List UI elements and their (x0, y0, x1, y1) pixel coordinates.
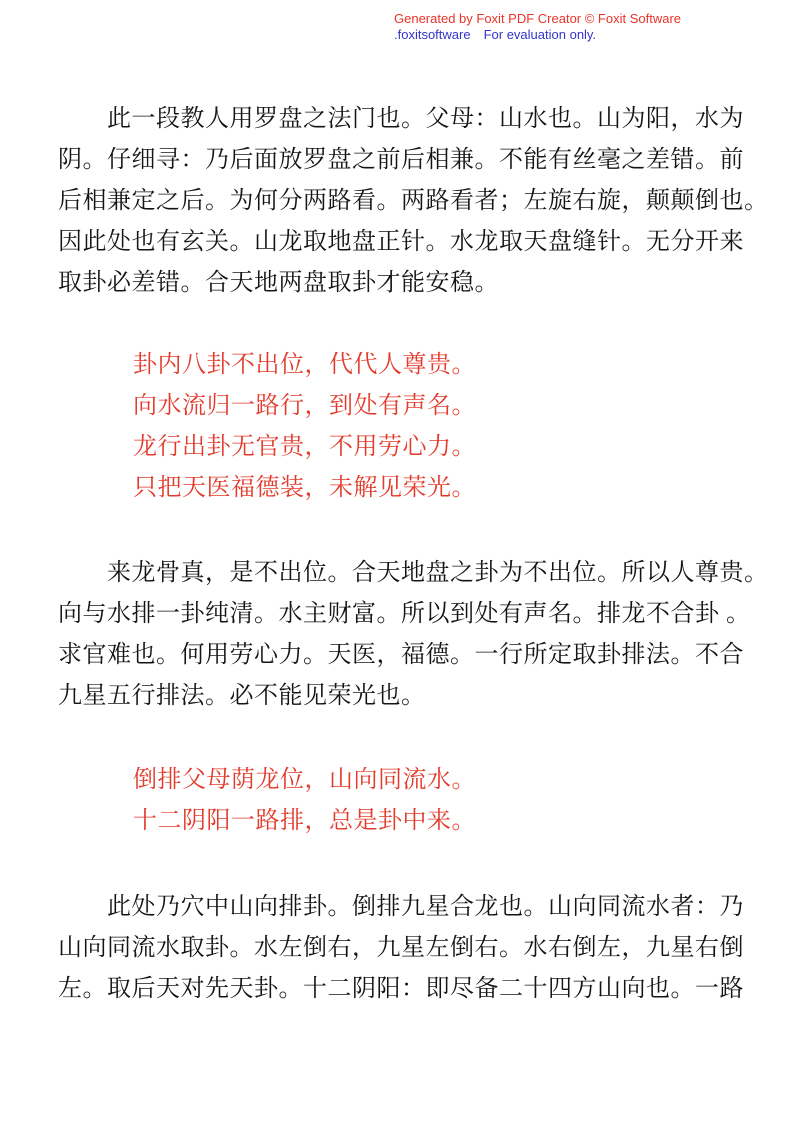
document-page: Generated by Foxit PDF Creator © Foxit S… (0, 0, 793, 1122)
paragraph-1: 此一段教人用罗盘之法门也。父母：山水也。山为阳，水为 阴。仔细寻：乃后面放罗盘之… (58, 99, 742, 304)
watermark-generated-line: Generated by Foxit PDF Creator © Foxit S… (394, 11, 681, 27)
text-line: 后相兼定之后。为何分两路看。两路看者；左旋右旋，颠颠倒也。 (58, 181, 742, 222)
verse-line: 向水流归一路行，到处有声名。 (133, 386, 553, 427)
text-line: 阴。仔细寻：乃后面放罗盘之前后相兼。不能有丝毫之差错。前 (58, 140, 742, 181)
watermark-evaluation-line: .foxitsoftwareFor evaluation only. (394, 27, 681, 43)
foxit-watermark: Generated by Foxit PDF Creator © Foxit S… (394, 11, 681, 42)
verse-line: 卦内八卦不出位，代代人尊贵。 (133, 345, 553, 386)
watermark-evaluation-text: For evaluation only. (484, 27, 597, 42)
text-line: 此一段教人用罗盘之法门也。父母：山水也。山为阳，水为 (58, 99, 742, 140)
text-line: 山向同流水取卦。水左倒右，九星左倒右。水右倒左，九星右倒 (58, 928, 742, 969)
text-line: 此处乃穴中山向排卦。倒排九星合龙也。山向同流水者：乃 (58, 887, 742, 928)
paragraph-3: 此处乃穴中山向排卦。倒排九星合龙也。山向同流水者：乃 山向同流水取卦。水左倒右，… (58, 887, 742, 1010)
verse-line: 十二阴阳一路排，总是卦中来。 (133, 801, 553, 842)
watermark-site-text: .foxitsoftware (394, 27, 471, 42)
verse-line: 倒排父母荫龙位，山向同流水。 (133, 760, 553, 801)
text-line: 九星五行排法。必不能见荣光也。 (58, 676, 742, 717)
text-line: 取卦必差错。合天地两盘取卦才能安稳。 (58, 263, 742, 304)
verse-1: 卦内八卦不出位，代代人尊贵。 向水流归一路行，到处有声名。 龙行出卦无官贵，不用… (133, 345, 553, 509)
text-line: 求官难也。何用劳心力。天医，福德。一行所定取卦排法。不合 (58, 635, 742, 676)
text-line: 左。取后天对先天卦。十二阴阳：即尽备二十四方山向也。一路 (58, 969, 742, 1010)
text-line: 因此处也有玄关。山龙取地盘正针。水龙取天盘缝针。无分开来 (58, 222, 742, 263)
verse-2: 倒排父母荫龙位，山向同流水。 十二阴阳一路排，总是卦中来。 (133, 760, 553, 842)
paragraph-2: 来龙骨真，是不出位。合天地盘之卦为不出位。所以人尊贵。 向与水排一卦纯清。水主财… (58, 553, 742, 717)
text-line: 向与水排一卦纯清。水主财富。所以到处有声名。排龙不合卦 。 (58, 594, 742, 635)
text-line: 来龙骨真，是不出位。合天地盘之卦为不出位。所以人尊贵。 (58, 553, 742, 594)
verse-line: 龙行出卦无官贵，不用劳心力。 (133, 427, 553, 468)
verse-line: 只把天医福德装，未解见荣光。 (133, 468, 553, 509)
